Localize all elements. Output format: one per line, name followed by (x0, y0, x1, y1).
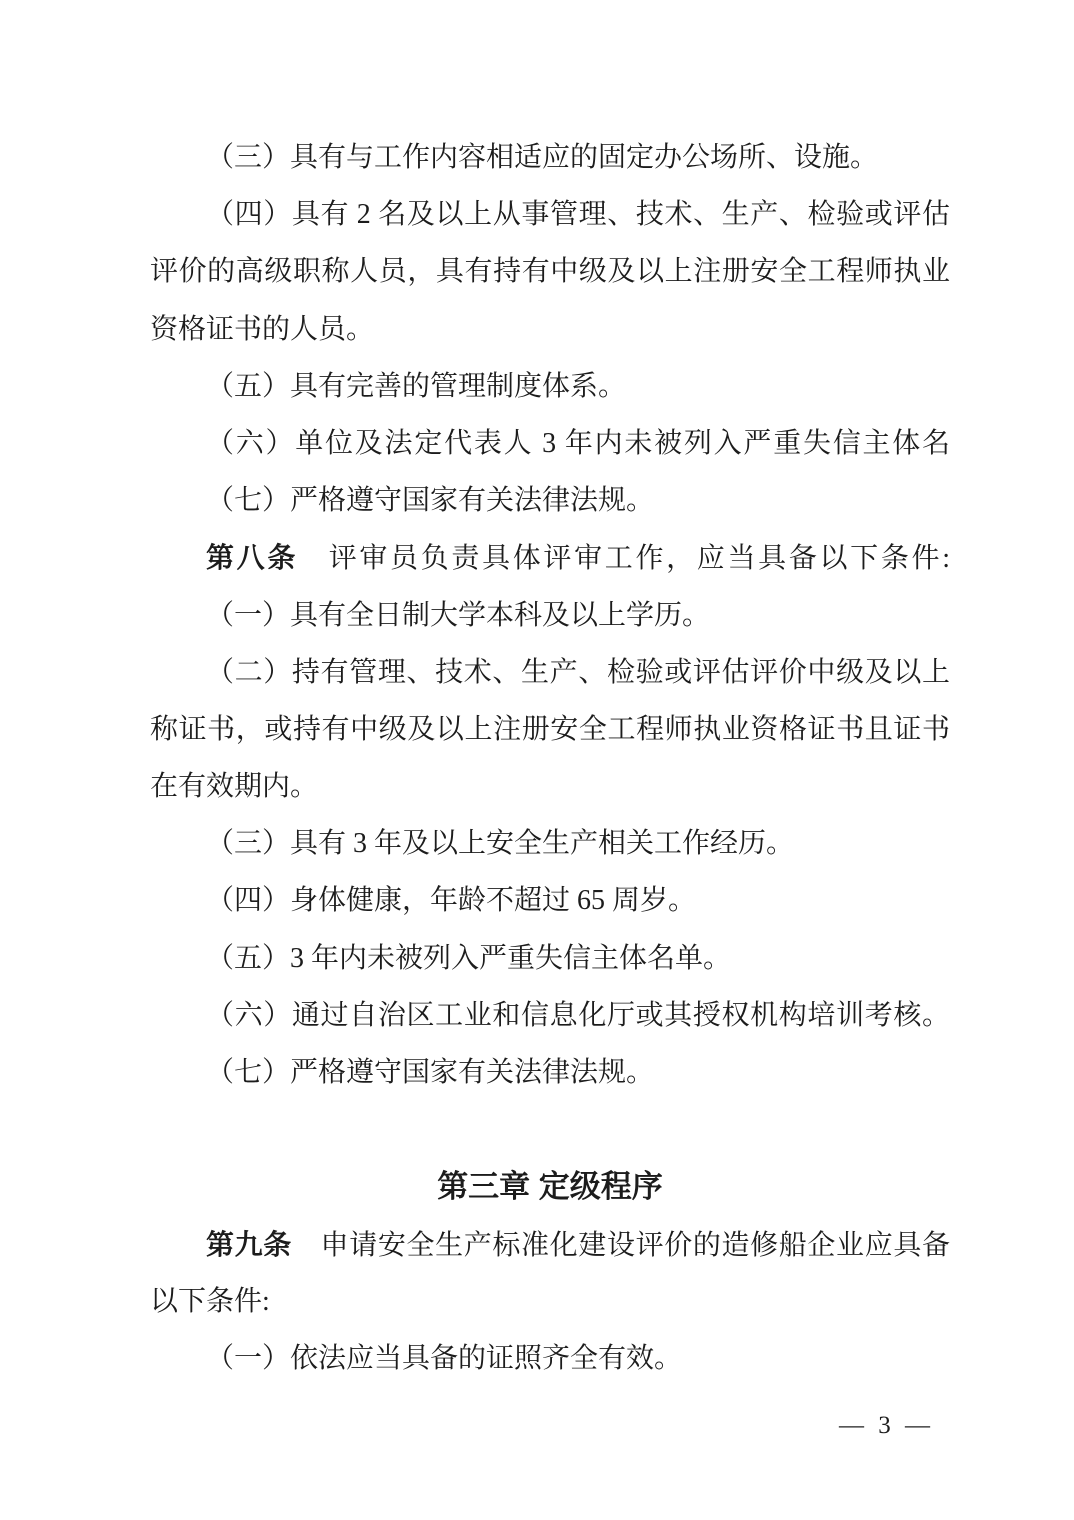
line-text: 称证书，或持有中级及以上注册安全工程师执业资格证书且证书 (150, 714, 950, 745)
text-line: （一）具有全日制大学本科及以上学历。 (150, 587, 950, 644)
text-line: 资格证书的人员。 (150, 301, 950, 358)
text-line: 在有效期内。 (150, 758, 950, 815)
line-text: （二）持有管理、技术、生产、检验或评估评价中级及以上职 (150, 657, 950, 701)
line-text: （六）单位及法定代表人 3 年内未被列入严重失信主体名单。 (150, 428, 950, 472)
text-line: （四）具有 2 名及以上从事管理、技术、生产、检验或评估 (150, 186, 950, 243)
article-number: 第八条 (206, 542, 298, 573)
text-line: （五）3 年内未被列入严重失信主体名单。 (150, 930, 950, 987)
text-line: 评价的高级职称人员，具有持有中级及以上注册安全工程师执业 (150, 243, 950, 300)
line-text: （五）具有完善的管理制度体系。 (206, 371, 626, 402)
text-line: （七）严格遵守国家有关法律法规。 (150, 1044, 950, 1101)
blank-line (150, 1101, 950, 1158)
line-text: （五）3 年内未被列入严重失信主体名单。 (206, 943, 731, 974)
line-text: （一）具有全日制大学本科及以上学历。 (206, 600, 710, 631)
line-text: （六）通过自治区工业和信息化厅或其授权机构培训考核。 (206, 1000, 950, 1031)
line-text: （一）依法应当具备的证照齐全有效。 (206, 1343, 682, 1374)
text-line: 第九条 申请安全生产标准化建设评价的造修船企业应具备 (150, 1216, 950, 1273)
document-body: （三）具有与工作内容相适应的固定办公场所、设施。（四）具有 2 名及以上从事管理… (150, 129, 950, 1387)
line-text: 资格证书的人员。 (150, 314, 374, 345)
text-line: （三）具有 3 年及以上安全生产相关工作经历。 (150, 815, 950, 872)
text-line: （二）持有管理、技术、生产、检验或评估评价中级及以上职 (150, 644, 950, 701)
text-line: （六）单位及法定代表人 3 年内未被列入严重失信主体名单。 (150, 415, 950, 472)
line-text: 评价的高级职称人员，具有持有中级及以上注册安全工程师执业 (150, 256, 950, 287)
text-line: 以下条件: (150, 1273, 950, 1330)
line-text: 申请安全生产标准化建设评价的造修船企业应具备 (292, 1230, 950, 1261)
article-number: 第九条 (206, 1229, 292, 1260)
text-line: （五）具有完善的管理制度体系。 (150, 358, 950, 415)
text-line: （七）严格遵守国家有关法律法规。 (150, 472, 950, 529)
line-text: （三）具有与工作内容相适应的固定办公场所、设施。 (206, 142, 878, 173)
line-text: （三）具有 3 年及以上安全生产相关工作经历。 (206, 828, 794, 859)
text-line: （一）依法应当具备的证照齐全有效。 (150, 1330, 950, 1387)
text-line: 第八条 评审员负责具体评审工作，应当具备以下条件: (150, 529, 950, 586)
article-number: 第三章 定级程序 (437, 1169, 663, 1204)
text-line: （六）通过自治区工业和信息化厅或其授权机构培训考核。 (150, 987, 950, 1044)
line-text: 评审员负责具体评审工作，应当具备以下条件: (298, 543, 950, 574)
line-text: （四）具有 2 名及以上从事管理、技术、生产、检验或评估 (206, 199, 950, 230)
line-text: 以下条件: (150, 1286, 270, 1317)
text-line: 称证书，或持有中级及以上注册安全工程师执业资格证书且证书 (150, 701, 950, 758)
line-text: （七）严格遵守国家有关法律法规。 (206, 1057, 654, 1088)
line-text: （七）严格遵守国家有关法律法规。 (206, 485, 654, 516)
line-text: （四）身体健康，年龄不超过 65 周岁。 (206, 885, 696, 916)
text-line: （四）身体健康，年龄不超过 65 周岁。 (150, 872, 950, 929)
line-text: 在有效期内。 (150, 771, 318, 802)
document-page: （三）具有与工作内容相适应的固定办公场所、设施。（四）具有 2 名及以上从事管理… (0, 0, 1074, 1520)
page-number: — 3 — (839, 1412, 934, 1440)
chapter-heading: 第三章 定级程序 (150, 1158, 950, 1215)
text-line: （三）具有与工作内容相适应的固定办公场所、设施。 (150, 129, 950, 186)
